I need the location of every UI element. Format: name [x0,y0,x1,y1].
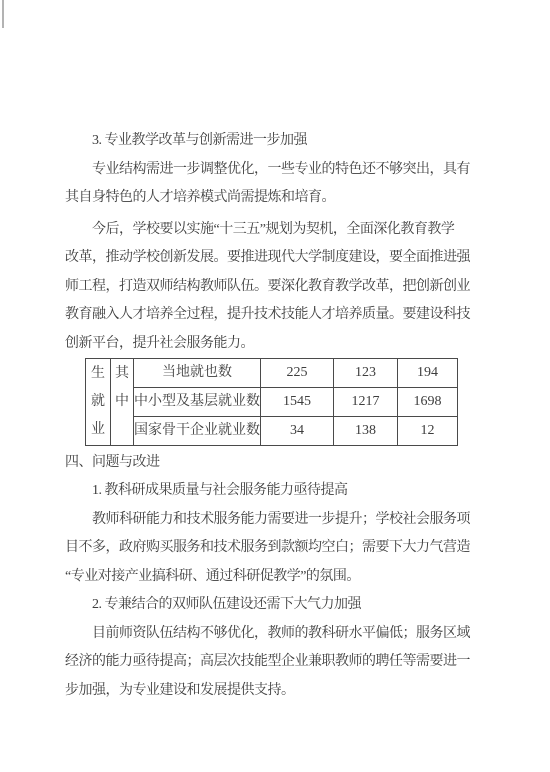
cell-value: 1698 [398,388,458,417]
subgroup-char [111,416,133,444]
row-label: 国家骨干企业就业数 [134,417,261,446]
section4: 四、问题与改进 1. 教科研成果质量与社会服务能力亟待提高 教师科研能力和技术服… [65,449,472,706]
paragraph-line: 创新平台，提升社会服务能力。 [65,330,472,359]
section3-paragraph-2: 今后，学校要以实施“十三五”规划为契机，全面深化教育教学 改革，推动学校创新发展… [65,216,472,359]
table-rowgroup-cell: 生 就 业 [86,359,111,446]
paragraph-line: 目前师资队伍结构不够优化，教师的教科研水平偏低；服务区域 [65,620,472,649]
paragraph-line: 专业结构需进一步调整优化，一些专业的特色还不够突出，具有 [65,156,472,185]
paragraph-line: 经济的能力亟待提高；高层次技能型企业兼职教师的聘任等需要进一 [65,648,472,677]
cell-value: 123 [334,359,398,388]
cell-value: 1545 [261,388,334,417]
section3-paragraph-1: 专业结构需进一步调整优化，一些专业的特色还不够突出，具有 其自身特色的人才培养模… [65,156,472,213]
rowgroup-char: 生 [86,360,110,388]
paragraph-line: “专业对接产业搞科研、通过科研促教学”的氛围。 [65,563,472,592]
row-label: 当地就也数 [134,359,261,388]
subgroup-char: 中 [111,388,133,416]
cell-value: 225 [261,359,334,388]
document-page: 3. 专业教学改革与创新需进一步加强 专业结构需进一步调整优化，一些专业的特色还… [0,0,550,772]
section3-heading: 3. 专业教学改革与创新需进一步加强 [65,127,472,156]
row-label: 中小型及基层就业数 [134,388,261,417]
paragraph-line: 目不多，政府购买服务和技术服务到款额均空白；需要下大力气营造 [65,534,472,563]
subgroup-char: 其 [111,360,133,388]
table-row: 中小型及基层就业数 1545 1217 1698 [86,388,458,417]
page-content: 3. 专业教学改革与创新需进一步加强 专业结构需进一步调整优化，一些专业的特色还… [65,0,472,705]
cell-value: 194 [398,359,458,388]
cell-value: 34 [261,417,334,446]
paragraph-line: 今后，学校要以实施“十三五”规划为契机，全面深化教育教学 [65,216,472,245]
table-row: 国家骨干企业就业数 34 138 12 [86,417,458,446]
item1-heading: 1. 教科研成果质量与社会服务能力亟待提高 [65,477,472,506]
cell-value: 138 [334,417,398,446]
rowgroup-char: 就 [86,388,110,416]
rowgroup-char: 业 [86,416,110,444]
cell-value: 1217 [334,388,398,417]
employment-table: 生 就 业 其 中 当地就也数 225 123 194 中小型及基层就业数 15… [85,358,458,446]
paragraph-line: 其自身特色的人才培养模式尚需提炼和培育。 [65,184,472,213]
table-row: 生 就 业 其 中 当地就也数 225 123 194 [86,359,458,388]
paragraph-line: 教育融入人才培养全过程，提升技术技能人才培养质量。要建设科技 [65,301,472,330]
table-subgroup-cell: 其 中 [111,359,134,446]
section4-heading: 四、问题与改进 [65,449,472,478]
item2-heading: 2. 专兼结合的双师队伍建设还需下大气力加强 [65,591,472,620]
paragraph-line: 改革，推动学校创新发展。要推进现代大学制度建设，要全面推进强 [65,244,472,273]
paragraph-line: 师工程，打造双师结构教师队伍。要深化教育教学改革，把创新创业 [65,273,472,302]
paragraph-line: 教师科研能力和技术服务能力需要进一步提升；学校社会服务项 [65,506,472,535]
cell-value: 12 [398,417,458,446]
scan-edge-artifact [2,0,4,28]
paragraph-line: 步加强，为专业建设和发展提供支持。 [65,677,472,706]
